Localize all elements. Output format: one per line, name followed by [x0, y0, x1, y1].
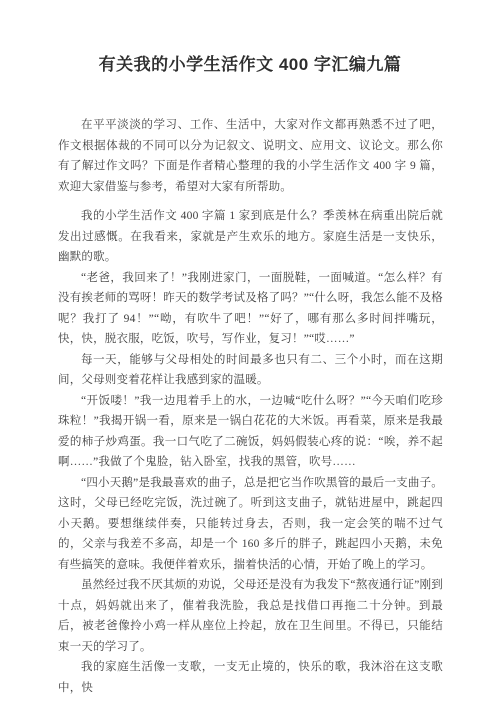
paragraph-time-with-parents: 每一天，能够与父母相处的时间最多也只有二、三个小时，而在这期间，父母则变着花样让…: [58, 350, 443, 391]
document-body: 在平平淡淡的学习、工作、生活中，大家对作文都再熟悉不过了吧，作文根据体裁的不同可…: [58, 115, 443, 698]
document-title: 有关我的小学生活作文 400 字汇编九篇: [0, 0, 500, 75]
paragraph-night-study: 虽然经过我不厌其烦的劝说，父母还是没有为我发下“熬夜通行证”刚到十点，妈妈就出来…: [58, 575, 443, 657]
paragraph-dialogue-homecoming: “老爸，我回来了！”我刚进家门，一面脱鞋，一面喊道。“怎么样？有没有挨老师的骂呀…: [58, 268, 443, 350]
paragraph-essay-opening: 我的小学生活作文 400 字篇 1 家到底是什么？季羡林在病重出院后就发出过感慨…: [58, 206, 443, 268]
paragraph-dinner-scene: “开饭喽！”我一边甩着手上的水，一边喊“吃什么呀？”“今天咱们吃珍珠粒！”我揭开…: [58, 391, 443, 473]
document-page: 有关我的小学生活作文 400 字汇编九篇 在平平淡淡的学习、工作、生活中，大家对…: [0, 0, 500, 707]
paragraph-intro: 在平平淡淡的学习、工作、生活中，大家对作文都再熟悉不过了吧，作文根据体裁的不同可…: [58, 115, 443, 197]
paragraph-closing-line: 我的家庭生活像一支歌，一支无止境的，快乐的歌，我沐浴在这支歌中，快: [58, 657, 443, 698]
paragraph-four-little-swans: “四小天鹅”是我最喜欢的曲子，总是把它当作吹黑管的最后一支曲子。这时，父母已经吃…: [58, 473, 443, 576]
